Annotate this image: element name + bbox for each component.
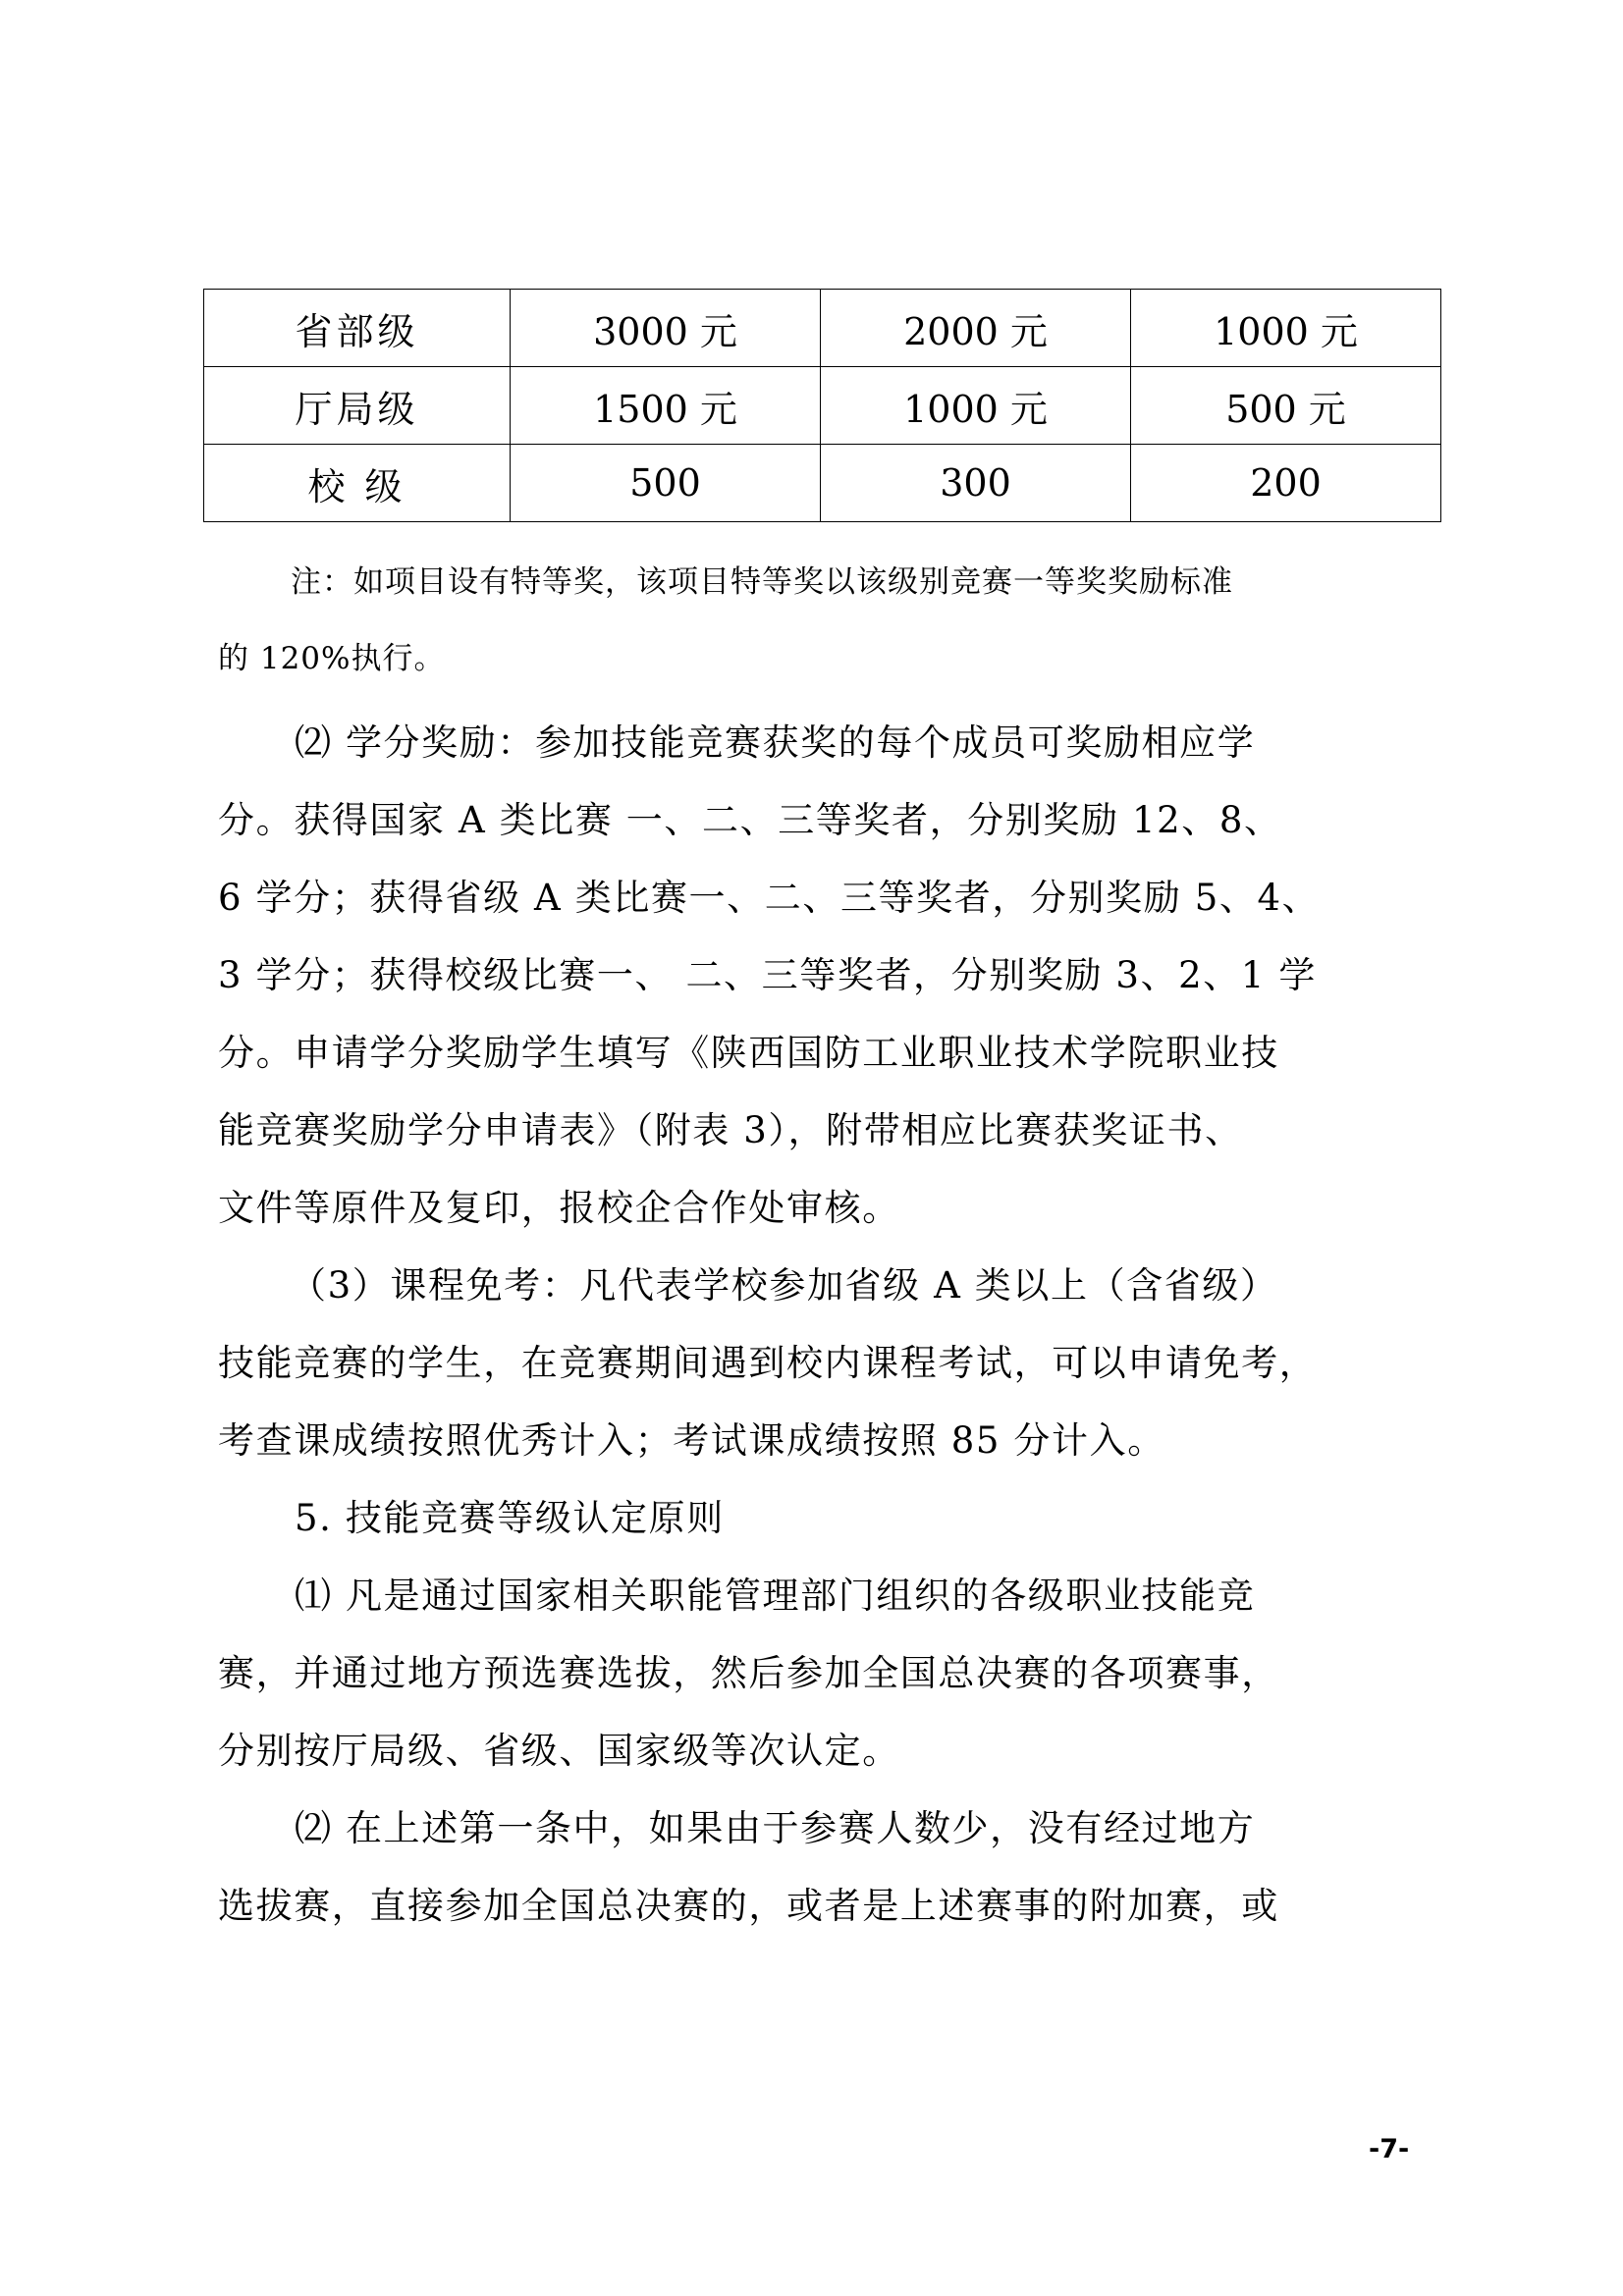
paragraph-line: 文件等原件及复印，报校企合作处审核。 <box>218 1184 900 1233</box>
table-row: 校 级 500 300 200 <box>204 445 1441 522</box>
table-note-line-1: 注：如项目设有特等奖，该项目特等奖以该级别竞赛一等奖奖励标准 <box>291 558 1233 607</box>
paragraph-line: 考查课成绩按照优秀计入；考试课成绩按照 85 分计入。 <box>218 1416 1165 1466</box>
paragraph-line: 选拔赛，直接参加全国总决赛的，或者是上述赛事的附加赛，或 <box>218 1882 1279 1931</box>
paragraph-line: 赛，并通过地方预选赛选拔，然后参加全国总决赛的各项赛事， <box>218 1649 1279 1698</box>
second-prize-cell: 300 <box>821 445 1131 522</box>
award-standard-table: 省部级 3000 元 2000 元 1000 元 厅局级 1500 元 1000… <box>203 289 1441 522</box>
paragraph-line: ⑵ 学分奖励：参加技能竞赛获奖的每个成员可奖励相应学 <box>295 719 1255 768</box>
level-cell: 省部级 <box>204 290 511 367</box>
table-row: 省部级 3000 元 2000 元 1000 元 <box>204 290 1441 367</box>
page-number: -7- <box>1369 2130 1409 2169</box>
third-prize-cell: 200 <box>1131 445 1441 522</box>
paragraph-line: 3 学分；获得校级比赛一、 二、三等奖者，分别奖励 3、2、1 学 <box>218 951 1317 1000</box>
paragraph-line: （3）课程免考：凡代表学校参加省级 A 类以上（含省级） <box>290 1261 1278 1310</box>
paragraph-line: 分。获得国家 A 类比赛 一、二、三等奖者，分别奖励 12、8、 <box>218 796 1282 845</box>
third-prize-cell: 500 元 <box>1131 367 1441 445</box>
paragraph-line: 技能竞赛的学生，在竞赛期间遇到校内课程考试，可以申请免考， <box>218 1339 1317 1388</box>
paragraph-line: 6 学分；获得省级 A 类比赛一、二、三等奖者，分别奖励 5、4、 <box>218 874 1320 923</box>
second-prize-cell: 2000 元 <box>821 290 1131 367</box>
third-prize-cell: 1000 元 <box>1131 290 1441 367</box>
paragraph-line: 能竞赛奖励学分申请表》（附表 3），附带相应比赛获奖证书、 <box>218 1106 1243 1155</box>
paragraph-line: 分。申请学分奖励学生填写《陕西国防工业职业技术学院职业技 <box>218 1029 1279 1078</box>
document-page: 省部级 3000 元 2000 元 1000 元 厅局级 1500 元 1000… <box>0 0 1623 2296</box>
table-row: 厅局级 1500 元 1000 元 500 元 <box>204 367 1441 445</box>
paragraph-line: 分别按厅局级、省级、国家级等次认定。 <box>218 1727 900 1776</box>
paragraph-line: ⑵ 在上述第一条中，如果由于参赛人数少，没有经过地方 <box>295 1804 1255 1853</box>
second-prize-cell: 1000 元 <box>821 367 1131 445</box>
first-prize-cell: 1500 元 <box>511 367 821 445</box>
paragraph-line: ⑴ 凡是通过国家相关职能管理部门组织的各级职业技能竞 <box>295 1572 1255 1621</box>
table-note-line-2: 的 120%执行。 <box>218 634 445 683</box>
section-heading: 5. 技能竞赛等级认定原则 <box>295 1494 725 1543</box>
first-prize-cell: 500 <box>511 445 821 522</box>
first-prize-cell: 3000 元 <box>511 290 821 367</box>
level-cell: 校 级 <box>204 445 511 522</box>
level-cell: 厅局级 <box>204 367 511 445</box>
